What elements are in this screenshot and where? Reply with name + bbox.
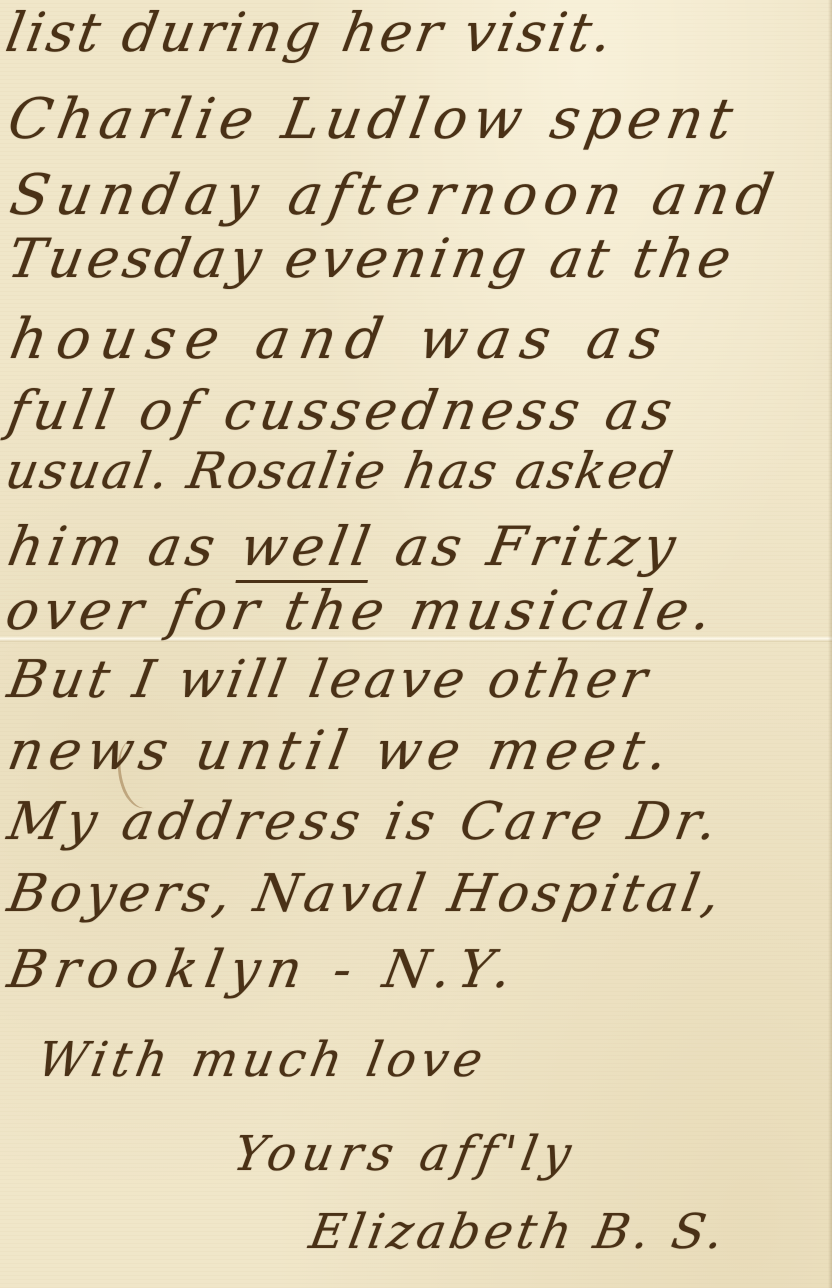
letter-line-11: news until we meet.	[4, 724, 678, 778]
letter-line-13: Boyers, Naval Hospital,	[4, 868, 728, 920]
letter-line-4: Tuesday evening at the	[4, 232, 739, 286]
letter-page: list during her visit. Charlie Ludlow sp…	[0, 0, 832, 1288]
letter-line-7: usual. Rosalie has asked	[2, 446, 678, 496]
signature: Elizabeth B. S.	[306, 1208, 731, 1256]
paper-edge	[828, 0, 832, 1288]
text-as-fritzy: as Fritzy	[369, 515, 686, 578]
letter-line-1: list during her visit.	[2, 6, 619, 60]
letter-line-6: full of cussedness as	[4, 384, 681, 438]
letter-line-10: But I will leave other	[4, 654, 655, 706]
underlined-word: well	[235, 515, 380, 583]
letter-line-5: house and was as	[6, 312, 674, 368]
letter-line-12: My address is Care Dr.	[4, 796, 726, 848]
letter-line-9: over for the musicale.	[2, 584, 720, 638]
closing-valediction: Yours aff'ly	[230, 1130, 580, 1178]
letter-line-14: Brooklyn - N.Y.	[4, 944, 523, 996]
closing-salutation: With much love	[34, 1036, 491, 1084]
letter-line-8: him as well as Fritzy	[4, 520, 684, 574]
letter-line-3: Sunday afternoon and	[6, 168, 784, 224]
text-him-as: him as	[3, 515, 247, 578]
letter-line-2: Charlie Ludlow spent	[4, 92, 742, 148]
